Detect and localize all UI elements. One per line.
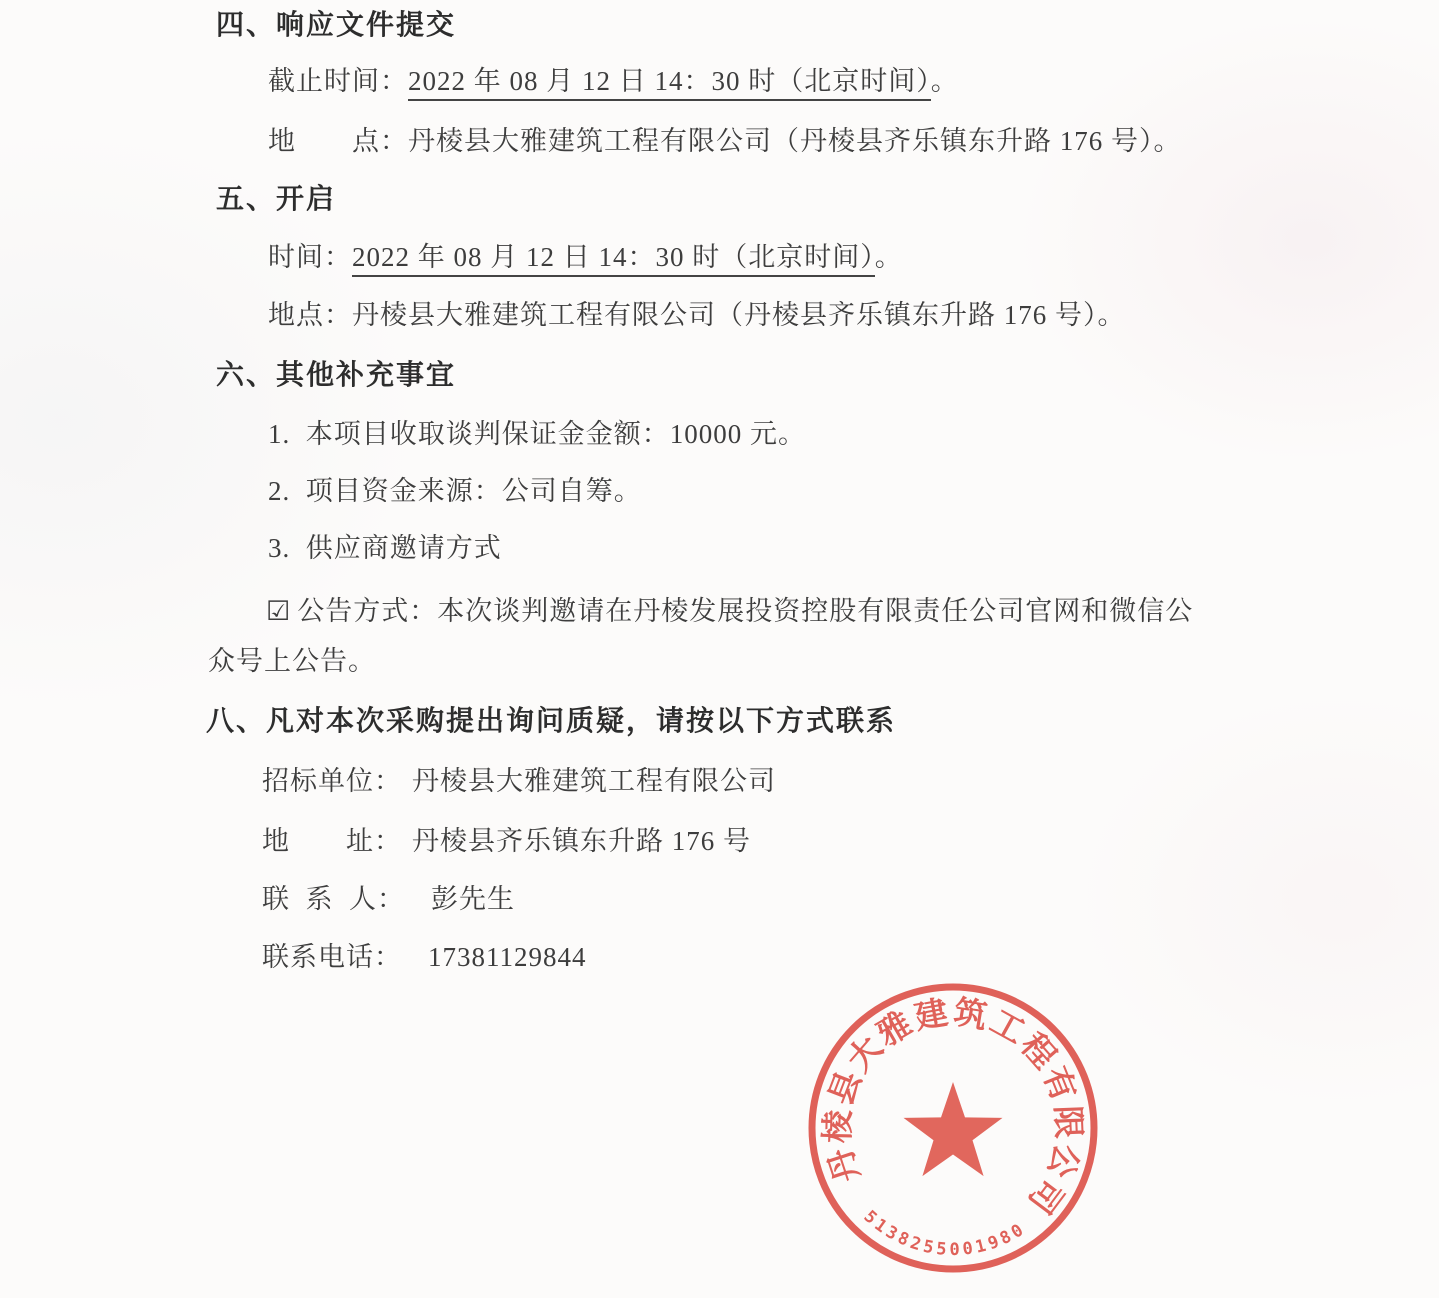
address-value: 丹棱县齐乐镇东升路 176 号 [412, 826, 751, 856]
list-item-invitation: 3. 供应商邀请方式 [268, 531, 502, 565]
opening-time-value: 2022 年 08 月 12 日 14：30 时（北京时间） [352, 242, 875, 277]
opening-time-label: 时间： [268, 242, 352, 272]
deadline-line: 截止时间：2022 年 08 月 12 日 14：30 时（北京时间）。 [268, 64, 959, 98]
section-8-heading: 八、凡对本次采购提出询问质疑，请按以下方式联系 [206, 704, 896, 738]
contact-phone-line: 联系电话：17381129844 [262, 940, 587, 974]
list-item-deposit: 1. 本项目收取谈判保证金金额：10000 元。 [268, 417, 806, 451]
seal-star-icon [904, 1082, 1003, 1176]
submission-place-line: 地 点：丹棱县大雅建筑工程有限公司（丹棱县齐乐镇东升路 176 号）。 [268, 124, 1182, 158]
company-seal: 丹棱县大雅建筑工程有限公司 5138255001980 [793, 968, 1113, 1288]
announcement-text-1: 公告方式：本次谈判邀请在丹棱发展投资控股有限责任公司官网和微信公 [297, 596, 1193, 626]
section-6-heading: 六、其他补充事宜 [216, 358, 456, 392]
opening-time-line: 时间：2022 年 08 月 12 日 14：30 时（北京时间）。 [268, 240, 903, 274]
contact-phone-label: 联系电话： [262, 942, 402, 972]
submission-place-value: 丹棱县大雅建筑工程有限公司（丹棱县齐乐镇东升路 176 号）。 [408, 126, 1182, 156]
contact-person-value: 彭先生 [431, 884, 515, 914]
opening-time-period: 。 [875, 242, 903, 272]
tender-org-value: 丹棱县大雅建筑工程有限公司 [412, 766, 776, 796]
tender-org-line: 招标单位：丹棱县大雅建筑工程有限公司 [262, 764, 776, 798]
submission-place-label: 地 点： [268, 126, 408, 156]
contact-phone-value: 17381129844 [428, 942, 587, 972]
deadline-period: 。 [931, 66, 959, 96]
tender-org-label: 招标单位： [262, 766, 402, 796]
section-5-heading: 五、开启 [216, 182, 336, 216]
announcement-line-2: 众号上公告。 [208, 644, 376, 678]
opening-place-value: 丹棱县大雅建筑工程有限公司（丹棱县齐乐镇东升路 176 号）。 [352, 300, 1126, 330]
address-label: 地 址： [262, 826, 402, 856]
opening-place-line: 地点：丹棱县大雅建筑工程有限公司（丹棱县齐乐镇东升路 176 号）。 [268, 298, 1126, 332]
address-line: 地 址：丹棱县齐乐镇东升路 176 号 [262, 824, 751, 858]
contact-person-line: 联 系 人：彭先生 [262, 882, 515, 916]
announcement-line-1: ☑公告方式：本次谈判邀请在丹棱发展投资控股有限责任公司官网和微信公 [266, 594, 1193, 629]
checked-checkbox-icon: ☑ [266, 596, 291, 627]
contact-person-label: 联 系 人： [262, 884, 405, 914]
deadline-value: 2022 年 08 月 12 日 14：30 时（北京时间） [408, 66, 931, 101]
deadline-label: 截止时间： [268, 66, 408, 96]
list-item-funding: 2. 项目资金来源：公司自筹。 [268, 474, 642, 508]
section-4-heading: 四、响应文件提交 [216, 8, 456, 42]
opening-place-label: 地点： [268, 300, 352, 330]
document-page: 四、响应文件提交 截止时间：2022 年 08 月 12 日 14：30 时（北… [0, 0, 1439, 1298]
